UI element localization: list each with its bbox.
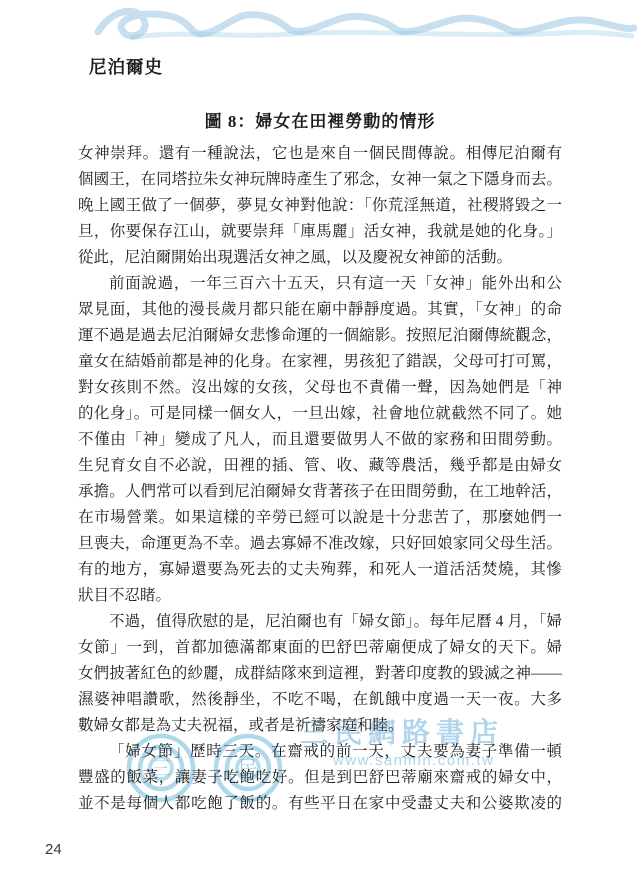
- text-line: 有的地方，寡婦還要為死去的丈夫殉葬，和死人一道活活焚燒，其慘: [78, 557, 562, 583]
- text-line: 的化身」。可是同樣一個女人，一旦出嫁，社會地位就截然不同了。她: [78, 401, 562, 427]
- text-line: 承擔。人們常可以看到尼泊爾婦女背著孩子在田間勞動，在工地幹活，: [78, 479, 562, 505]
- text-line: 女們披著紅色的紗麗，成群結隊來到這裡，對著印度教的毀滅之神——: [78, 661, 562, 687]
- text-line: 「婦女節」歷時三天。在齋戒的前一天，丈夫要為妻子準備一頓: [78, 739, 562, 765]
- text-line: 並不是每個人都吃飽了飯的。有些平日在家中受盡丈夫和公婆欺凌的: [78, 791, 562, 817]
- text-line: 不過，值得欣慰的是，尼泊爾也有「婦女節」。每年尼曆 4 月，「婦: [78, 609, 562, 635]
- text-line: 生兒育女自不必說，田裡的插、管、收、藏等農活，幾乎都是由婦女: [78, 453, 562, 479]
- figure-caption: 圖 8：婦女在田裡勞動的情形: [78, 107, 562, 132]
- paragraph: 前面說過，一年三百六十五天，只有這一天「女神」能外出和公眾見面，其他的漫長歲月都…: [78, 271, 562, 609]
- text-line: 晚上國王做了一個夢，夢見女神對他說：「你荒淫無道，社稷將毀之一: [78, 193, 562, 219]
- text-line: 數婦女都是為丈夫祝福，或者是祈禱家庭和睦。: [78, 713, 562, 739]
- text-line: 旦喪夫，命運更為不幸。過去寡婦不准改嫁，只好回娘家同父母生活。: [78, 531, 562, 557]
- text-line: 運不過是過去尼泊爾婦女悲慘命運的一個縮影。按照尼泊爾傳統觀念，: [78, 323, 562, 349]
- text-line: 前面說過，一年三百六十五天，只有這一天「女神」能外出和公: [78, 271, 562, 297]
- text-line: 豐盛的飯菜，讓妻子吃飽吃好。但是到巴舒巴蒂廟來齋戒的婦女中，: [78, 765, 562, 791]
- book-page: 三 民 三民網路書店 www.sanmin.com.tw 尼泊爾史 圖 8：婦女…: [0, 0, 638, 893]
- book-title: 尼泊爾史: [89, 54, 163, 79]
- paragraph: 不過，值得欣慰的是，尼泊爾也有「婦女節」。每年尼曆 4 月，「婦女節」一到，首都…: [78, 609, 562, 739]
- paragraph: 女神崇拜。還有一種說法，它也是來自一個民間傳說。相傳尼泊爾有個國王，在同塔拉朱女…: [78, 141, 562, 271]
- text-line: 在市場營業。如果這樣的辛勞已經可以說是十分悲苦了，那麼她們一: [78, 505, 562, 531]
- text-line: 對女孩則不然。沒出嫁的女孩，父母也不責備一聲，因為她們是「神: [78, 375, 562, 401]
- wave-flourish-watermark-icon: [92, 2, 637, 46]
- page-number: 24: [45, 841, 62, 858]
- text-line: 女節」一到，首都加德滿都東面的巴舒巴蒂廟便成了婦女的天下。婦: [78, 635, 562, 661]
- text-line: 女神崇拜。還有一種說法，它也是來自一個民間傳說。相傳尼泊爾有: [78, 141, 562, 167]
- text-line: 旦，你要保存江山，就要崇拜「庫馬麗」活女神，我就是她的化身。」: [78, 219, 562, 245]
- body-text: 女神崇拜。還有一種說法，它也是來自一個民間傳說。相傳尼泊爾有個國王，在同塔拉朱女…: [78, 141, 562, 817]
- text-line: 眾見面，其他的漫長歲月都只能在廟中靜靜度過。其實，「女神」的命: [78, 297, 562, 323]
- text-line: 從此，尼泊爾開始出現選活女神之風，以及慶祝女神節的活動。: [78, 245, 562, 271]
- text-line: 濕婆神唱讚歌，然後靜坐，不吃不喝，在飢餓中度過一天一夜。大多: [78, 687, 562, 713]
- paragraph: 「婦女節」歷時三天。在齋戒的前一天，丈夫要為妻子準備一頓豐盛的飯菜，讓妻子吃飽吃…: [78, 739, 562, 817]
- text-line: 個國王，在同塔拉朱女神玩牌時產生了邪念，女神一氣之下隱身而去。: [78, 167, 562, 193]
- text-line: 童女在結婚前都是神的化身。在家裡，男孩犯了錯誤，父母可打可罵，: [78, 349, 562, 375]
- text-line: 不僅由「神」變成了凡人，而且還要做男人不做的家務和田間勞動。: [78, 427, 562, 453]
- text-line: 狀目不忍睹。: [78, 583, 562, 609]
